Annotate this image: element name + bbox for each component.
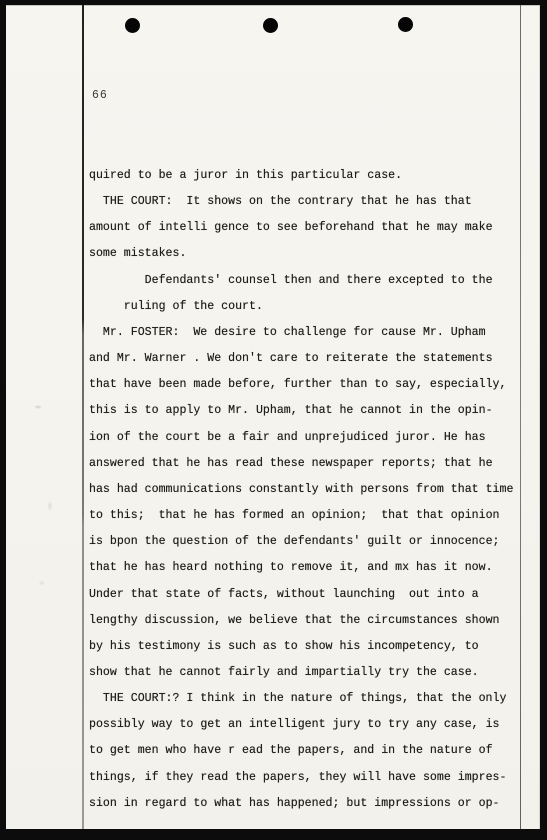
transcript-line: THE COURT:? I think in the nature of thi… [89, 686, 525, 712]
transcript-line: Defendants' counsel then and there excep… [89, 268, 525, 294]
transcript-line: THE COURT: It shows on the contrary that… [89, 189, 525, 215]
hole-punch-dot [125, 18, 140, 33]
page-number: 66 [92, 89, 108, 102]
transcript-line: Mr. FOSTER: We desire to challenge for c… [89, 320, 525, 346]
transcript-line: that have been made before, further than… [89, 372, 525, 398]
transcript-line: that he has heard nothing to remove it, … [89, 555, 525, 581]
transcript-line: some mistakes. [89, 241, 525, 267]
document-page: 66 quired to be a juror in this particul… [6, 5, 540, 829]
transcript-line: sion in regard to what has happened; but… [89, 791, 525, 817]
transcript-line: things, if they read the papers, they wi… [89, 765, 525, 791]
transcript-line: to this; that he has formed an opinion; … [89, 503, 525, 529]
transcript-line: by his testimony is such as to show his … [89, 634, 525, 660]
transcript-line: amount of intelli gence to see beforehan… [89, 215, 525, 241]
hole-punch-dot [263, 18, 278, 33]
transcript-line: possibly way to get an intelligent jury … [89, 712, 525, 738]
transcript-line: ion of the court be a fair and unprejudi… [89, 425, 525, 451]
transcript-line: quired to be a juror in this particular … [89, 163, 525, 189]
scan-smudge [26, 385, 66, 605]
transcript-line: Under that state of facts, without launc… [89, 582, 525, 608]
transcript-line: show that he cannot fairly and impartial… [89, 660, 525, 686]
transcript-line: this is to apply to Mr. Upham, that he c… [89, 398, 525, 424]
transcript-line: to get men who have r ead the papers, an… [89, 738, 525, 764]
transcript-line: lengthy discussion, we believe that the … [89, 608, 525, 634]
transcript-line: ruling of the court. [89, 294, 525, 320]
transcript-line: answered that he has read these newspape… [89, 451, 525, 477]
transcript-line: and Mr. Warner . We don't care to reiter… [89, 346, 525, 372]
binding-edge-line [82, 5, 84, 829]
scanned-page-view: { "scan": { "border_color": "#0c0c0c", "… [0, 0, 547, 840]
transcript-text: quired to be a juror in this particular … [89, 163, 525, 817]
transcript-line: is bpon the question of the defendants' … [89, 529, 525, 555]
transcript-line: has had communications constantly with p… [89, 477, 525, 503]
hole-punch-dot [398, 17, 413, 32]
